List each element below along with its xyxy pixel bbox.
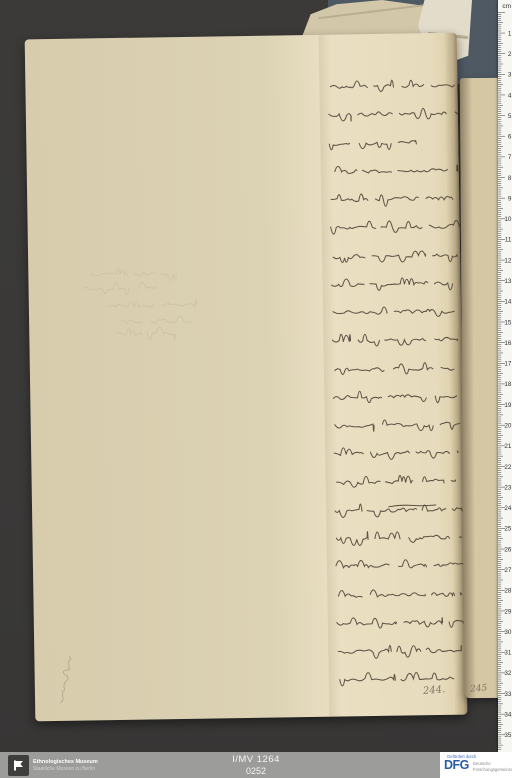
- svg-text:10: 10: [504, 216, 512, 223]
- svg-text:9: 9: [508, 195, 512, 202]
- svg-text:20: 20: [504, 423, 512, 430]
- pencil-page-number-next: 245: [470, 683, 488, 694]
- cm-ruler: cm 1234567891011121314151617181920212223…: [498, 0, 512, 752]
- svg-text:21: 21: [504, 443, 512, 450]
- scanned-letter-page: 244.: [25, 33, 468, 722]
- svg-text:26: 26: [504, 546, 512, 553]
- svg-text:14: 14: [504, 299, 512, 306]
- svg-text:34: 34: [504, 711, 512, 718]
- scan-page-number: 0252: [0, 766, 512, 776]
- svg-text:23: 23: [504, 484, 512, 491]
- svg-text:3: 3: [508, 72, 512, 79]
- document-identifier-block: I/MV 1264 0252: [0, 754, 512, 776]
- ruler-ticks: 1234567891011121314151617181920212223242…: [498, 0, 512, 752]
- svg-text:32: 32: [504, 670, 512, 677]
- archive-scan-viewer: 244. 245 cm 1234567891011121314151617181…: [0, 0, 512, 778]
- svg-text:35: 35: [504, 732, 512, 739]
- svg-text:30: 30: [504, 629, 512, 636]
- svg-text:5: 5: [508, 113, 512, 120]
- dfg-logo-icon: DFG: [444, 758, 469, 772]
- svg-text:33: 33: [504, 691, 512, 698]
- next-page-edge: 245: [460, 78, 502, 698]
- svg-text:1: 1: [508, 30, 512, 37]
- svg-text:31: 31: [504, 650, 512, 657]
- svg-text:25: 25: [504, 526, 512, 533]
- svg-text:4: 4: [508, 92, 512, 99]
- handwriting-kurrent-script: [25, 33, 468, 722]
- svg-text:11: 11: [505, 237, 512, 244]
- document-id: I/MV 1264: [0, 754, 512, 765]
- svg-text:22: 22: [504, 464, 512, 471]
- funding-org-name: DeutscheForschungsgemeinschaft: [473, 761, 512, 772]
- svg-text:13: 13: [504, 278, 512, 285]
- footer-metadata-bar: Ethnologisches Museum Staatliche Museen …: [0, 752, 512, 778]
- svg-text:12: 12: [504, 257, 512, 264]
- dfg-logo-panel: Gefördert durch DFG DeutscheForschungsge…: [440, 752, 512, 778]
- svg-text:16: 16: [504, 340, 512, 347]
- svg-text:28: 28: [504, 588, 512, 595]
- pencil-page-number: 244.: [423, 684, 446, 697]
- svg-text:29: 29: [504, 608, 512, 615]
- svg-text:24: 24: [504, 505, 512, 512]
- svg-text:8: 8: [508, 175, 512, 182]
- svg-text:2: 2: [508, 51, 512, 58]
- svg-text:17: 17: [504, 361, 512, 368]
- svg-text:15: 15: [504, 319, 512, 326]
- svg-text:19: 19: [504, 402, 512, 409]
- svg-text:6: 6: [508, 134, 512, 141]
- svg-text:27: 27: [504, 567, 512, 574]
- svg-text:18: 18: [504, 381, 512, 388]
- svg-text:7: 7: [508, 154, 512, 161]
